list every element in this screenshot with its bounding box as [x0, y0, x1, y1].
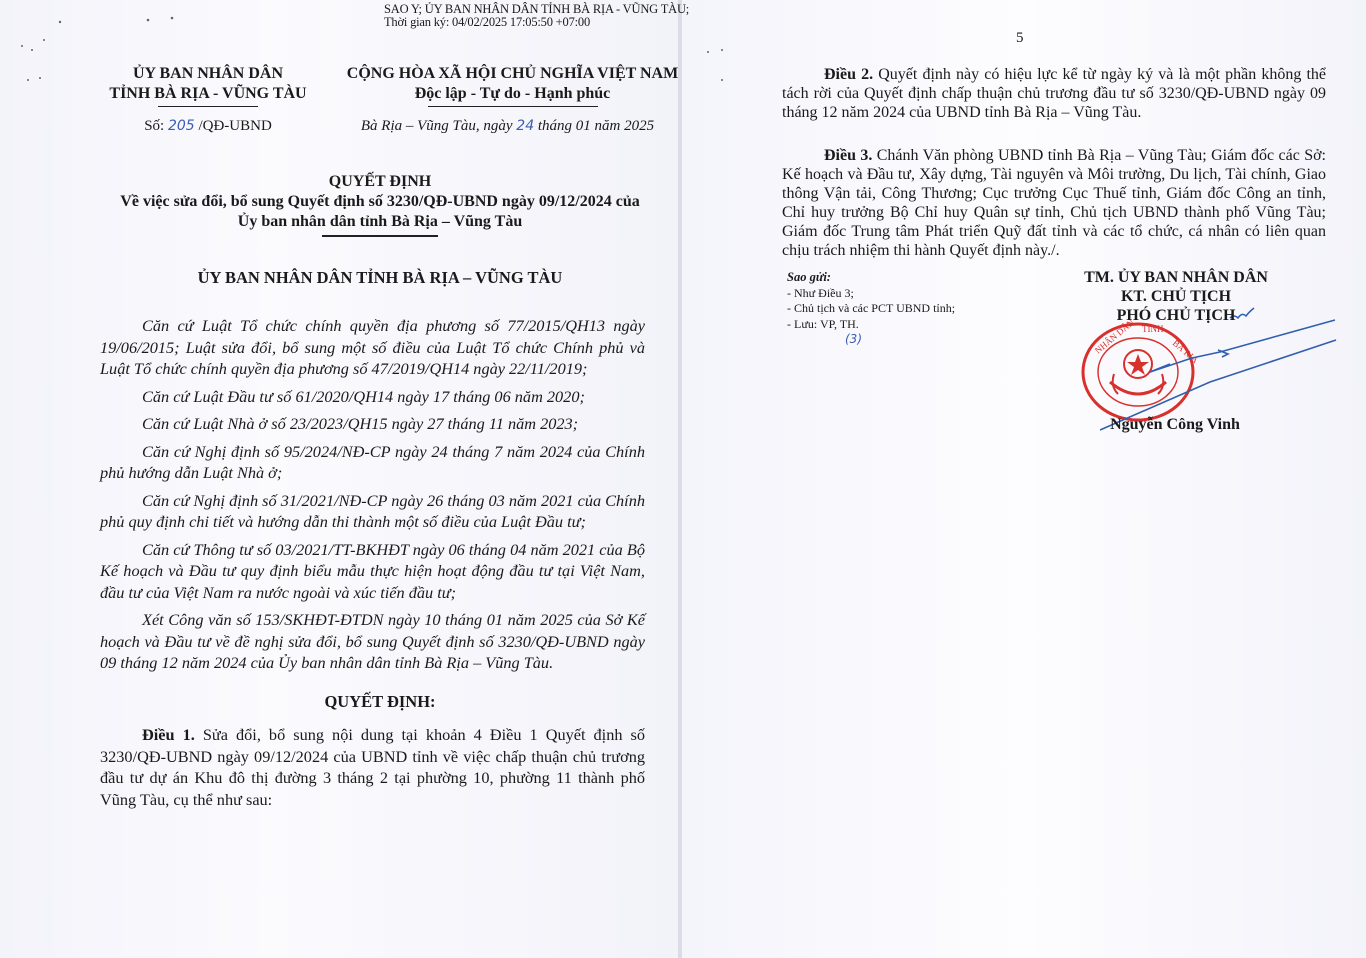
- preamble-block: Căn cứ Luật Tổ chức chính quyền địa phươ…: [100, 315, 645, 674]
- motto-underline: [428, 106, 598, 107]
- authority-heading: ỦY BAN NHÂN DÂN TỈNH BÀ RỊA – VŨNG TÀU: [80, 268, 680, 288]
- article-1: Điều 1. Sửa đổi, bổ sung nội dung tại kh…: [100, 724, 645, 810]
- article-3: Điều 3. Chánh Văn phòng UBND tỉnh Bà Rịa…: [782, 146, 1326, 260]
- sign-line2: KT. CHỦ TỊCH: [1066, 287, 1286, 306]
- motto: Độc lập - Tự do - Hạnh phúc: [345, 84, 680, 104]
- sign-line1: TM. ỦY BAN NHÂN DÂN: [1066, 268, 1286, 287]
- sign-line3: PHÓ CHỦ TỊCH: [1066, 306, 1286, 325]
- recipient-item: - Như Điều 3;: [787, 286, 955, 302]
- national-name: CỘNG HÒA XÃ HỘI CHỦ NGHĨA VIỆT NAM: [345, 64, 680, 84]
- issuing-agency: ỦY BAN NHÂN DÂN TỈNH BÀ RỊA - VŨNG TÀU: [108, 64, 308, 107]
- article-2-label: Điều 2.: [824, 66, 873, 83]
- recipient-item: - Lưu: VP, TH.: [787, 317, 955, 333]
- title-line2: Về việc sửa đổi, bổ sung Quyết định số 3…: [80, 192, 680, 212]
- agency-line1: ỦY BAN NHÂN DÂN: [108, 64, 308, 84]
- document-title: QUYẾT ĐỊNH Về việc sửa đổi, bổ sung Quyế…: [80, 172, 680, 232]
- article-2: Điều 2. Quyết định này có hiệu lực kể từ…: [782, 65, 1326, 122]
- title-underline: [322, 235, 438, 237]
- recipients-heading: Sao gửi:: [787, 270, 955, 286]
- agency-underline: [158, 106, 258, 107]
- issue-date: Bà Rịa – Vũng Tàu, ngày 24 tháng 01 năm …: [345, 118, 670, 135]
- signature-block: TM. ỦY BAN NHÂN DÂN KT. CHỦ TỊCH PHÓ CHỦ…: [1066, 268, 1286, 325]
- title-line3: Ủy ban nhân dân tỉnh Bà Rịa – Vũng Tàu: [80, 212, 680, 232]
- handwritten-copies: (3): [845, 332, 955, 348]
- handwritten-day: 24: [516, 118, 534, 134]
- preamble-item: Căn cứ Luật Tổ chức chính quyền địa phươ…: [100, 315, 645, 380]
- preamble-item: Căn cứ Luật Đầu tư số 61/2020/QH14 ngày …: [100, 386, 645, 408]
- right-page: [682, 0, 1366, 958]
- title-line1: QUYẾT ĐỊNH: [80, 172, 680, 192]
- signer-name: Nguyễn Công Vinh: [1090, 416, 1260, 434]
- national-motto: CỘNG HÒA XÃ HỘI CHỦ NGHĨA VIỆT NAM Độc l…: [345, 64, 680, 107]
- decision-heading: QUYẾT ĐỊNH:: [80, 692, 680, 712]
- document-number: Số: 205 /QĐ-UBND: [108, 118, 308, 135]
- digital-signature-time: Thời gian ký: 04/02/2025 17:05:50 +07:00: [384, 16, 689, 29]
- article-1-label: Điều 1.: [142, 725, 195, 744]
- preamble-item: Xét Công văn số 153/SKHĐT-ĐTDN ngày 10 t…: [100, 609, 645, 674]
- recipients-list: Sao gửi: - Như Điều 3; - Chủ tịch và các…: [787, 270, 955, 348]
- digital-signature-stamp: SAO Y; ỦY BAN NHÂN DÂN TỈNH BÀ RỊA - VŨN…: [384, 3, 689, 29]
- page-number: 5: [1016, 30, 1024, 47]
- handwritten-number: 205: [168, 118, 195, 134]
- agency-line2: TỈNH BÀ RỊA - VŨNG TÀU: [108, 84, 308, 104]
- preamble-item: Căn cứ Nghị định số 31/2021/NĐ-CP ngày 2…: [100, 490, 645, 533]
- recipient-item: - Chủ tịch và các PCT UBND tỉnh;: [787, 301, 955, 317]
- preamble-item: Căn cứ Luật Nhà ở số 23/2023/QH15 ngày 2…: [100, 413, 645, 435]
- preamble-item: Căn cứ Nghị định số 95/2024/NĐ-CP ngày 2…: [100, 441, 645, 484]
- preamble-item: Căn cứ Thông tư số 03/2021/TT-BKHĐT ngày…: [100, 539, 645, 604]
- article-3-label: Điều 3.: [824, 147, 872, 164]
